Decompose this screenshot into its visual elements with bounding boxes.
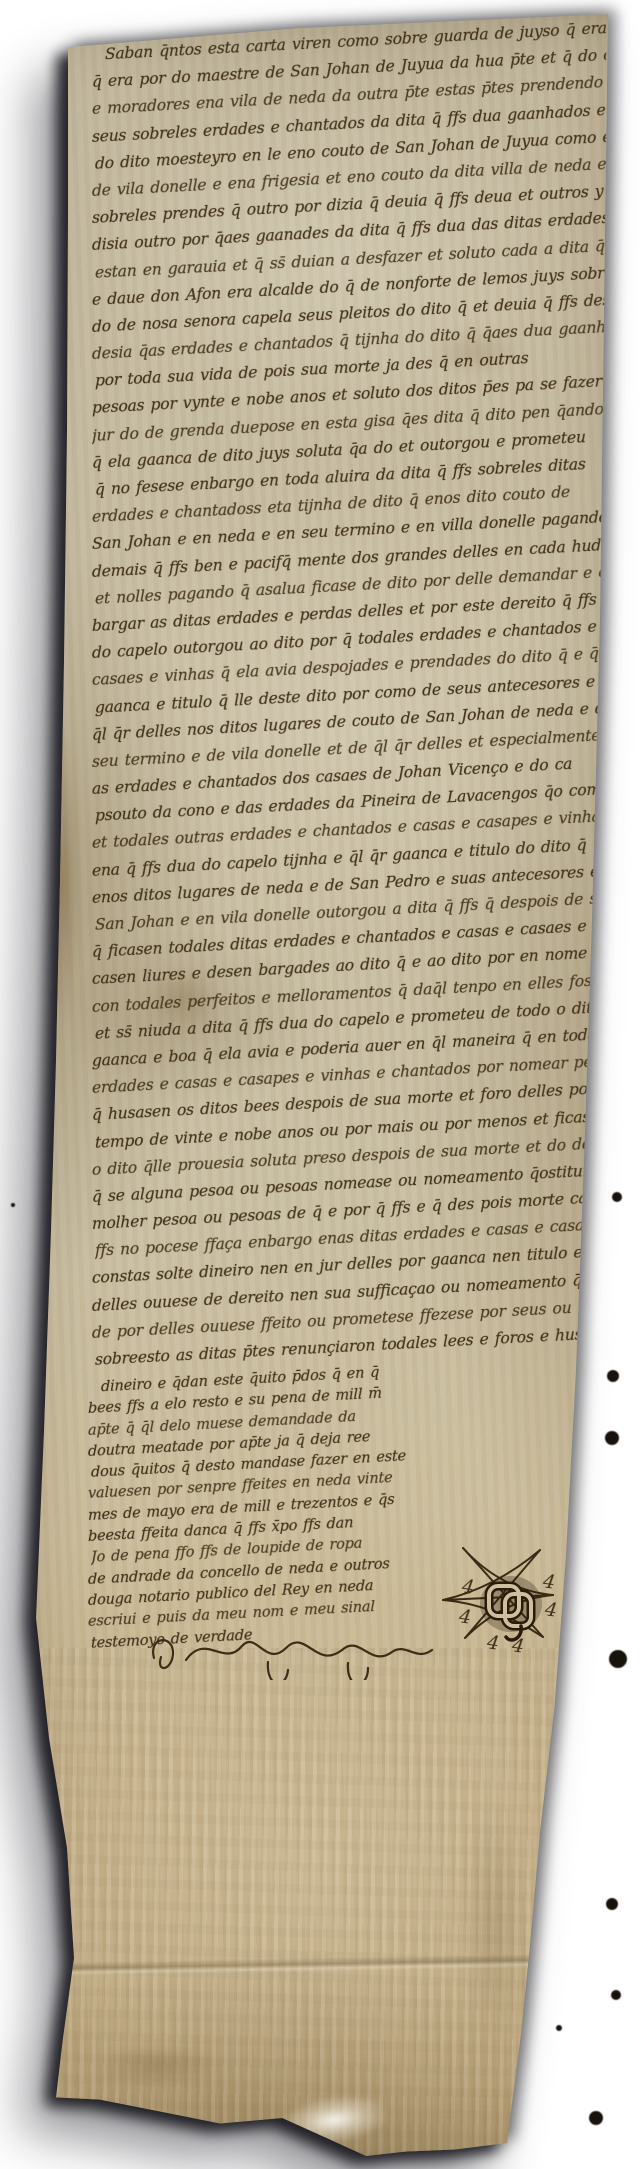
parchment-fibers <box>0 1648 640 2169</box>
ink-spot <box>612 1192 622 1202</box>
parchment-stain <box>92 2044 222 2088</box>
ink-spot <box>606 1898 618 1910</box>
ink-spot <box>607 1370 619 1382</box>
ink-spot <box>611 1990 621 2000</box>
signature-flourish <box>148 1630 448 1680</box>
parchment-stain <box>462 1795 526 2065</box>
parchment-document: Saban q̄ntos esta carta viren como sobre… <box>0 0 640 2169</box>
manuscript-text-block: Saban q̄ntos esta carta viren como sobre… <box>92 15 606 1374</box>
parchment-stain <box>44 730 80 1030</box>
ink-spot <box>609 1650 627 1668</box>
page-background: Saban q̄ntos esta carta viren como sobre… <box>0 0 640 2169</box>
ink-spot <box>605 1431 619 1445</box>
ink-spot <box>589 2111 603 2125</box>
parchment-shadow-wrap: Saban q̄ntos esta carta viren como sobre… <box>0 0 640 2169</box>
manuscript-closing-block: dineiro e q̄dan este q̄uito p̄dos q̄ en … <box>88 1359 460 1655</box>
ink-spot <box>556 2025 562 2031</box>
ink-spot <box>11 1203 15 1207</box>
